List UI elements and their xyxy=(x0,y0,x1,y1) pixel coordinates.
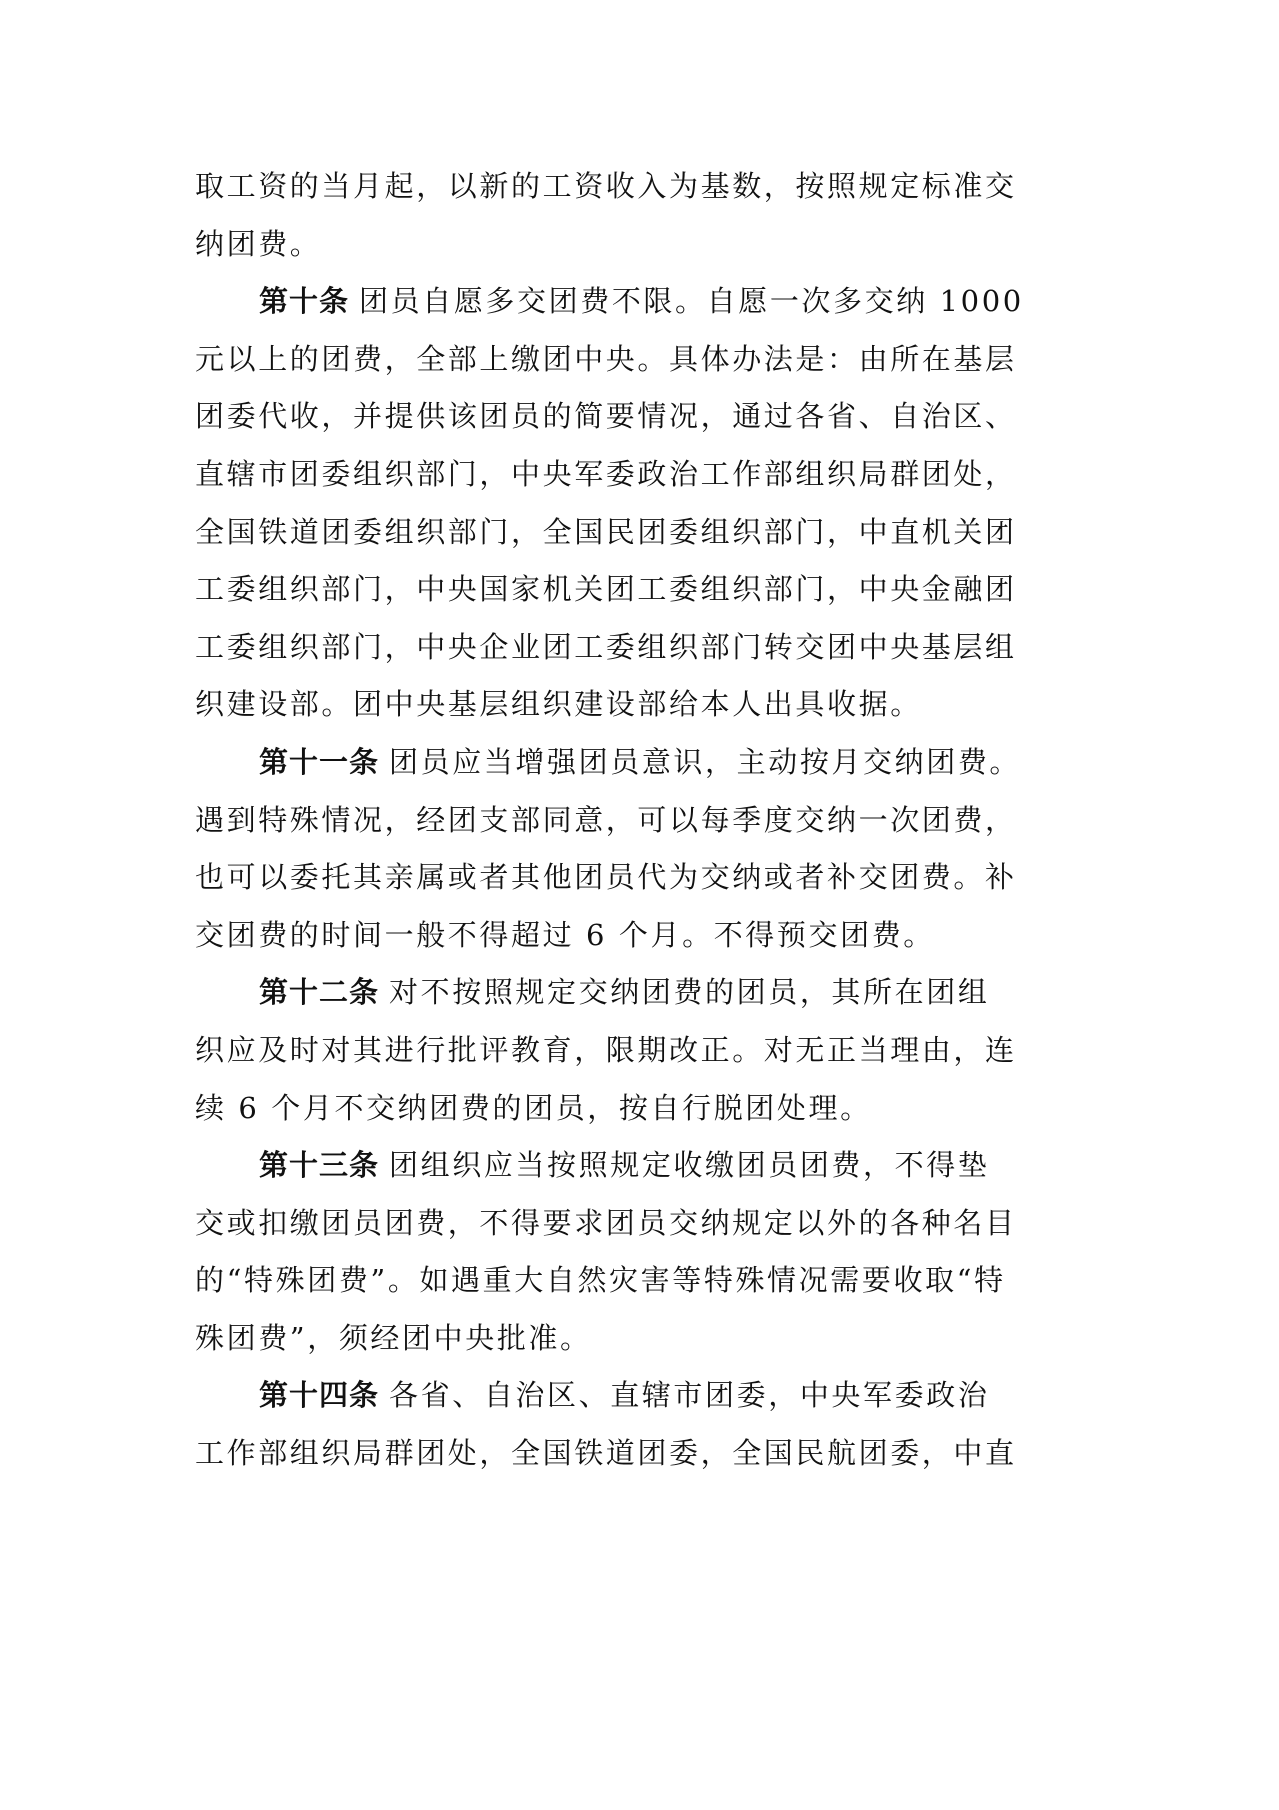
article-14-heading-line: 第十四条各省、自治区、直辖市团委，中央军委政治 xyxy=(195,1375,1095,1433)
line-text: 元以上的团费，全部上缴团中央。具体办法是：由所在基层 xyxy=(195,342,1017,376)
line-text: 遇到特殊情况，经团支部同意，可以每季度交纳一次团费， xyxy=(195,803,1017,837)
line-text: 团组织应当按照规定收缴团员团费，不得垫 xyxy=(389,1148,989,1182)
line-text: 织应及时对其进行批评教育，限期改正。对无正当理由，连 xyxy=(195,1033,1017,1067)
text-line: 也可以委托其亲属或者其他团员代为交纳或者补交团费。补 xyxy=(195,857,1095,915)
text-line: 工委组织部门，中央企业团工委组织部门转交团中央基层组 xyxy=(195,627,1095,685)
line-text: 团委代收，并提供该团员的简要情况，通过各省、自治区、 xyxy=(195,399,1017,433)
line-text: 工委组织部门，中央国家机关团工委组织部门，中央金融团 xyxy=(195,572,1017,606)
line-text: 对不按照规定交纳团费的团员，其所在团组 xyxy=(389,975,989,1009)
text-line: 殊团费”，须经团中央批准。 xyxy=(195,1318,1095,1376)
article-12-heading-line: 第十二条对不按照规定交纳团费的团员，其所在团组 xyxy=(195,972,1095,1030)
line-text: 交或扣缴团员团费，不得要求团员交纳规定以外的各种名目 xyxy=(195,1206,1017,1240)
text-line: 续 6 个月不交纳团费的团员，按自行脱团处理。 xyxy=(195,1088,1095,1146)
text-line: 工委组织部门，中央国家机关团工委组织部门，中央金融团 xyxy=(195,569,1095,627)
text-line: 遇到特殊情况，经团支部同意，可以每季度交纳一次团费， xyxy=(195,800,1095,858)
article-10-heading-line: 第十条团员自愿多交团费不限。自愿一次多交纳 1000 xyxy=(195,281,1095,339)
line-text: 纳团费。 xyxy=(195,227,321,261)
line-text: 全国铁道团委组织部门，全国民团委组织部门，中直机关团 xyxy=(195,515,1017,549)
text-line: 交团费的时间一般不得超过 6 个月。不得预交团费。 xyxy=(195,915,1095,973)
text-line: 团委代收，并提供该团员的简要情况，通过各省、自治区、 xyxy=(195,396,1095,454)
article-11-heading-line: 第十一条团员应当增强团员意识，主动按月交纳团费。 xyxy=(195,742,1095,800)
text-line: 的“特殊团费”。如遇重大自然灾害等特殊情况需要收取“特 xyxy=(195,1260,1095,1318)
line-text: 织建设部。团中央基层组织建设部给本人出具收据。 xyxy=(195,687,922,721)
line-text: 团员应当增强团员意识，主动按月交纳团费。 xyxy=(389,745,1021,779)
line-text: 续 6 个月不交纳团费的团员，按自行脱团处理。 xyxy=(195,1091,872,1125)
article-number: 第十三条 xyxy=(259,1148,379,1182)
article-number: 第十条 xyxy=(259,284,349,318)
line-text: 也可以委托其亲属或者其他团员代为交纳或者补交团费。补 xyxy=(195,860,1017,894)
text-line: 直辖市团委组织部门，中央军委政治工作部组织局群团处， xyxy=(195,454,1095,512)
text-line: 纳团费。 xyxy=(195,224,1095,282)
line-text: 的“特殊团费”。如遇重大自然灾害等特殊情况需要收取“特 xyxy=(195,1263,1006,1297)
text-line: 交或扣缴团员团费，不得要求团员交纳规定以外的各种名目 xyxy=(195,1203,1095,1261)
text-line: 织应及时对其进行批评教育，限期改正。对无正当理由，连 xyxy=(195,1030,1095,1088)
article-number: 第十二条 xyxy=(259,975,379,1009)
text-line: 全国铁道团委组织部门，全国民团委组织部门，中直机关团 xyxy=(195,512,1095,570)
line-text: 工作部组织局群团处，全国铁道团委，全国民航团委，中直 xyxy=(195,1436,1017,1470)
line-text: 各省、自治区、直辖市团委，中央军委政治 xyxy=(389,1378,989,1412)
line-text: 殊团费”，须经团中央批准。 xyxy=(195,1321,592,1355)
line-text: 取工资的当月起，以新的工资收入为基数，按照规定标准交 xyxy=(195,169,1017,203)
line-text: 工委组织部门，中央企业团工委组织部门转交团中央基层组 xyxy=(195,630,1017,664)
document-body: 取工资的当月起，以新的工资收入为基数，按照规定标准交 纳团费。 第十条团员自愿多… xyxy=(195,166,1095,1491)
article-13-heading-line: 第十三条团组织应当按照规定收缴团员团费，不得垫 xyxy=(195,1145,1095,1203)
text-line: 工作部组织局群团处，全国铁道团委，全国民航团委，中直 xyxy=(195,1433,1095,1491)
text-line: 织建设部。团中央基层组织建设部给本人出具收据。 xyxy=(195,684,1095,742)
line-text: 团员自愿多交团费不限。自愿一次多交纳 1000 xyxy=(359,284,1024,318)
line-text: 直辖市团委组织部门，中央军委政治工作部组织局群团处， xyxy=(195,457,1017,491)
article-number: 第十四条 xyxy=(259,1378,379,1412)
article-number: 第十一条 xyxy=(259,745,379,779)
document-page: 取工资的当月起，以新的工资收入为基数，按照规定标准交 纳团费。 第十条团员自愿多… xyxy=(0,0,1279,1810)
line-text: 交团费的时间一般不得超过 6 个月。不得预交团费。 xyxy=(195,918,935,952)
text-line: 元以上的团费，全部上缴团中央。具体办法是：由所在基层 xyxy=(195,339,1095,397)
text-line: 取工资的当月起，以新的工资收入为基数，按照规定标准交 xyxy=(195,166,1095,224)
